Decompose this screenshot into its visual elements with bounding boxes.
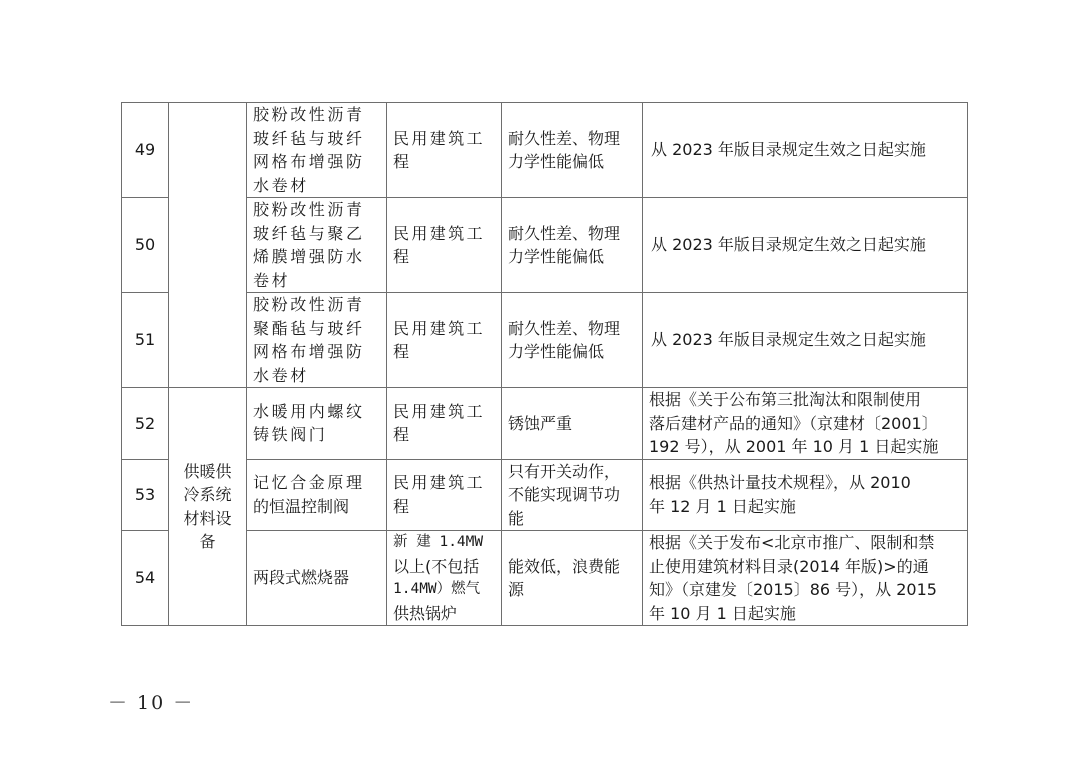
category-line: 备: [175, 530, 240, 554]
table-row-54: 54 两段式燃烧器 新 建 1.4MW 以上(不包括 1.4MW）燃气 供热锅炉…: [122, 531, 968, 626]
scope-line: 1.4MW）燃气: [393, 578, 495, 602]
product-name: 水暖用内螺纹 铸铁阀门: [247, 388, 387, 460]
product-name-line: 卷材: [253, 269, 380, 293]
category-line: 材料设: [175, 507, 240, 531]
catalog-table: 49 胶粉改性沥青 玻纤毡与玻纤 网格布增强防 水卷材 民用建筑工 程 耐久性差…: [121, 102, 968, 626]
implementation: 从 2023 年版目录规定生效之日起实施: [643, 103, 968, 198]
scope-line: 程: [393, 423, 495, 447]
product-name: 胶粉改性沥青 聚酯毡与玻纤 网格布增强防 水卷材: [247, 293, 387, 388]
product-name-line: 网格布增强防: [253, 150, 380, 174]
product-name-line: 胶粉改性沥青: [253, 293, 380, 317]
page-number: － 10 －: [108, 688, 194, 715]
product-name-line: 水卷材: [253, 364, 380, 388]
product-name-line: 烯膜增强防水: [253, 245, 380, 269]
row-number: 54: [122, 531, 169, 626]
product-name: 胶粉改性沥青 玻纤毡与聚乙 烯膜增强防水 卷材: [247, 198, 387, 293]
implementation-line: 落后建材产品的通知》（京建材〔2001〕: [649, 412, 961, 436]
implementation-line: 192 号），从 2001 年 10 月 1 日起实施: [649, 435, 961, 459]
scope-line: 新 建 1.4MW: [393, 531, 495, 555]
scope-line: 民用建筑工: [393, 317, 495, 341]
reason-line: 不能实现调节功: [508, 483, 636, 507]
table-row-52: 52 供暖供 冷系统 材料设 备 水暖用内螺纹 铸铁阀门 民用建筑工 程 锈蚀严…: [122, 388, 968, 460]
product-name-line: 胶粉改性沥青: [253, 198, 380, 222]
scope-line: 民用建筑工: [393, 400, 495, 424]
scope: 新 建 1.4MW 以上(不包括 1.4MW）燃气 供热锅炉: [387, 531, 502, 626]
scope-line: 民用建筑工: [393, 471, 495, 495]
reason-line: 力学性能偏低: [508, 150, 636, 174]
implementation: 根据《关于公布第三批淘汰和限制使用 落后建材产品的通知》（京建材〔2001〕 1…: [643, 388, 968, 460]
table-row-50: 50 胶粉改性沥青 玻纤毡与聚乙 烯膜增强防水 卷材 民用建筑工 程 耐久性差、…: [122, 198, 968, 293]
implementation-line: 年 10 月 1 日起实施: [649, 602, 961, 626]
row-number: 52: [122, 388, 169, 460]
reason-line: 源: [508, 578, 636, 602]
implementation-line: 根据《关于公布第三批淘汰和限制使用: [649, 388, 961, 412]
scope: 民用建筑工 程: [387, 459, 502, 531]
scope-line: 以上(不包括: [393, 555, 495, 579]
reason: 耐久性差、物理 力学性能偏低: [502, 293, 643, 388]
reason: 耐久性差、物理 力学性能偏低: [502, 198, 643, 293]
product-name: 胶粉改性沥青 玻纤毡与玻纤 网格布增强防 水卷材: [247, 103, 387, 198]
product-name-line: 网格布增强防: [253, 340, 380, 364]
scope-line: 供热锅炉: [393, 602, 495, 626]
reason-line: 只有开关动作，: [508, 460, 636, 484]
product-name-line: 水卷材: [253, 174, 380, 198]
reason: 耐久性差、物理 力学性能偏低: [502, 103, 643, 198]
implementation: 根据《供热计量技术规程》，从 2010 年 12 月 1 日起实施: [643, 459, 968, 531]
scope: 民用建筑工 程: [387, 198, 502, 293]
scope-line: 程: [393, 245, 495, 269]
category-line: 冷系统: [175, 483, 240, 507]
reason: 能效低，浪费能 源: [502, 531, 643, 626]
reason-line: 锈蚀严重: [508, 412, 636, 436]
scope-line: 程: [393, 340, 495, 364]
product-name-line: 聚酯毡与玻纤: [253, 317, 380, 341]
reason-line: 能: [508, 507, 636, 531]
product-name-line: 两段式燃烧器: [253, 566, 380, 590]
reason: 只有开关动作， 不能实现调节功 能: [502, 459, 643, 531]
product-name: 记忆合金原理 的恒温控制阀: [247, 459, 387, 531]
product-name-line: 记忆合金原理: [253, 471, 380, 495]
table-row-53: 53 记忆合金原理 的恒温控制阀 民用建筑工 程 只有开关动作， 不能实现调节功…: [122, 459, 968, 531]
scope: 民用建筑工 程: [387, 293, 502, 388]
scope: 民用建筑工 程: [387, 388, 502, 460]
implementation: 从 2023 年版目录规定生效之日起实施: [643, 293, 968, 388]
reason-line: 力学性能偏低: [508, 340, 636, 364]
implementation-line: 从 2023 年版目录规定生效之日起实施: [651, 328, 961, 352]
row-number: 51: [122, 293, 169, 388]
reason-line: 力学性能偏低: [508, 245, 636, 269]
scope-line: 程: [393, 150, 495, 174]
product-name-line: 胶粉改性沥青: [253, 103, 380, 127]
category-cell-heating-cooling: 供暖供 冷系统 材料设 备: [169, 388, 247, 626]
reason-line: 能效低，浪费能: [508, 555, 636, 579]
implementation-line: 止使用建筑材料目录(2014 年版)>的通: [649, 555, 961, 579]
implementation-line: 年 12 月 1 日起实施: [649, 495, 961, 519]
reason: 锈蚀严重: [502, 388, 643, 460]
reason-line: 耐久性差、物理: [508, 317, 636, 341]
scope-line: 民用建筑工: [393, 127, 495, 151]
table-row-49: 49 胶粉改性沥青 玻纤毡与玻纤 网格布增强防 水卷材 民用建筑工 程 耐久性差…: [122, 103, 968, 198]
reason-line: 耐久性差、物理: [508, 127, 636, 151]
implementation-line: 根据《供热计量技术规程》，从 2010: [649, 471, 961, 495]
category-line: 供暖供: [175, 460, 240, 484]
row-number: 53: [122, 459, 169, 531]
scope: 民用建筑工 程: [387, 103, 502, 198]
row-number: 49: [122, 103, 169, 198]
implementation: 根据《关于发布<北京市推广、限制和禁 止使用建筑材料目录(2014 年版)>的通…: [643, 531, 968, 626]
product-name: 两段式燃烧器: [247, 531, 387, 626]
product-name-line: 玻纤毡与聚乙: [253, 222, 380, 246]
scope-line: 程: [393, 495, 495, 519]
row-number: 50: [122, 198, 169, 293]
product-name-line: 铸铁阀门: [253, 423, 380, 447]
table-row-51: 51 胶粉改性沥青 聚酯毡与玻纤 网格布增强防 水卷材 民用建筑工 程 耐久性差…: [122, 293, 968, 388]
implementation-line: 根据《关于发布<北京市推广、限制和禁: [649, 531, 961, 555]
category-cell-continued: [169, 103, 247, 388]
implementation-line: 从 2023 年版目录规定生效之日起实施: [651, 233, 961, 257]
implementation-line: 从 2023 年版目录规定生效之日起实施: [651, 138, 961, 162]
reason-line: 耐久性差、物理: [508, 222, 636, 246]
implementation-line: 知》（京建发〔2015〕86 号），从 2015: [649, 578, 961, 602]
scope-line: 民用建筑工: [393, 222, 495, 246]
product-name-line: 玻纤毡与玻纤: [253, 127, 380, 151]
product-name-line: 水暖用内螺纹: [253, 400, 380, 424]
implementation: 从 2023 年版目录规定生效之日起实施: [643, 198, 968, 293]
product-name-line: 的恒温控制阀: [253, 495, 380, 519]
